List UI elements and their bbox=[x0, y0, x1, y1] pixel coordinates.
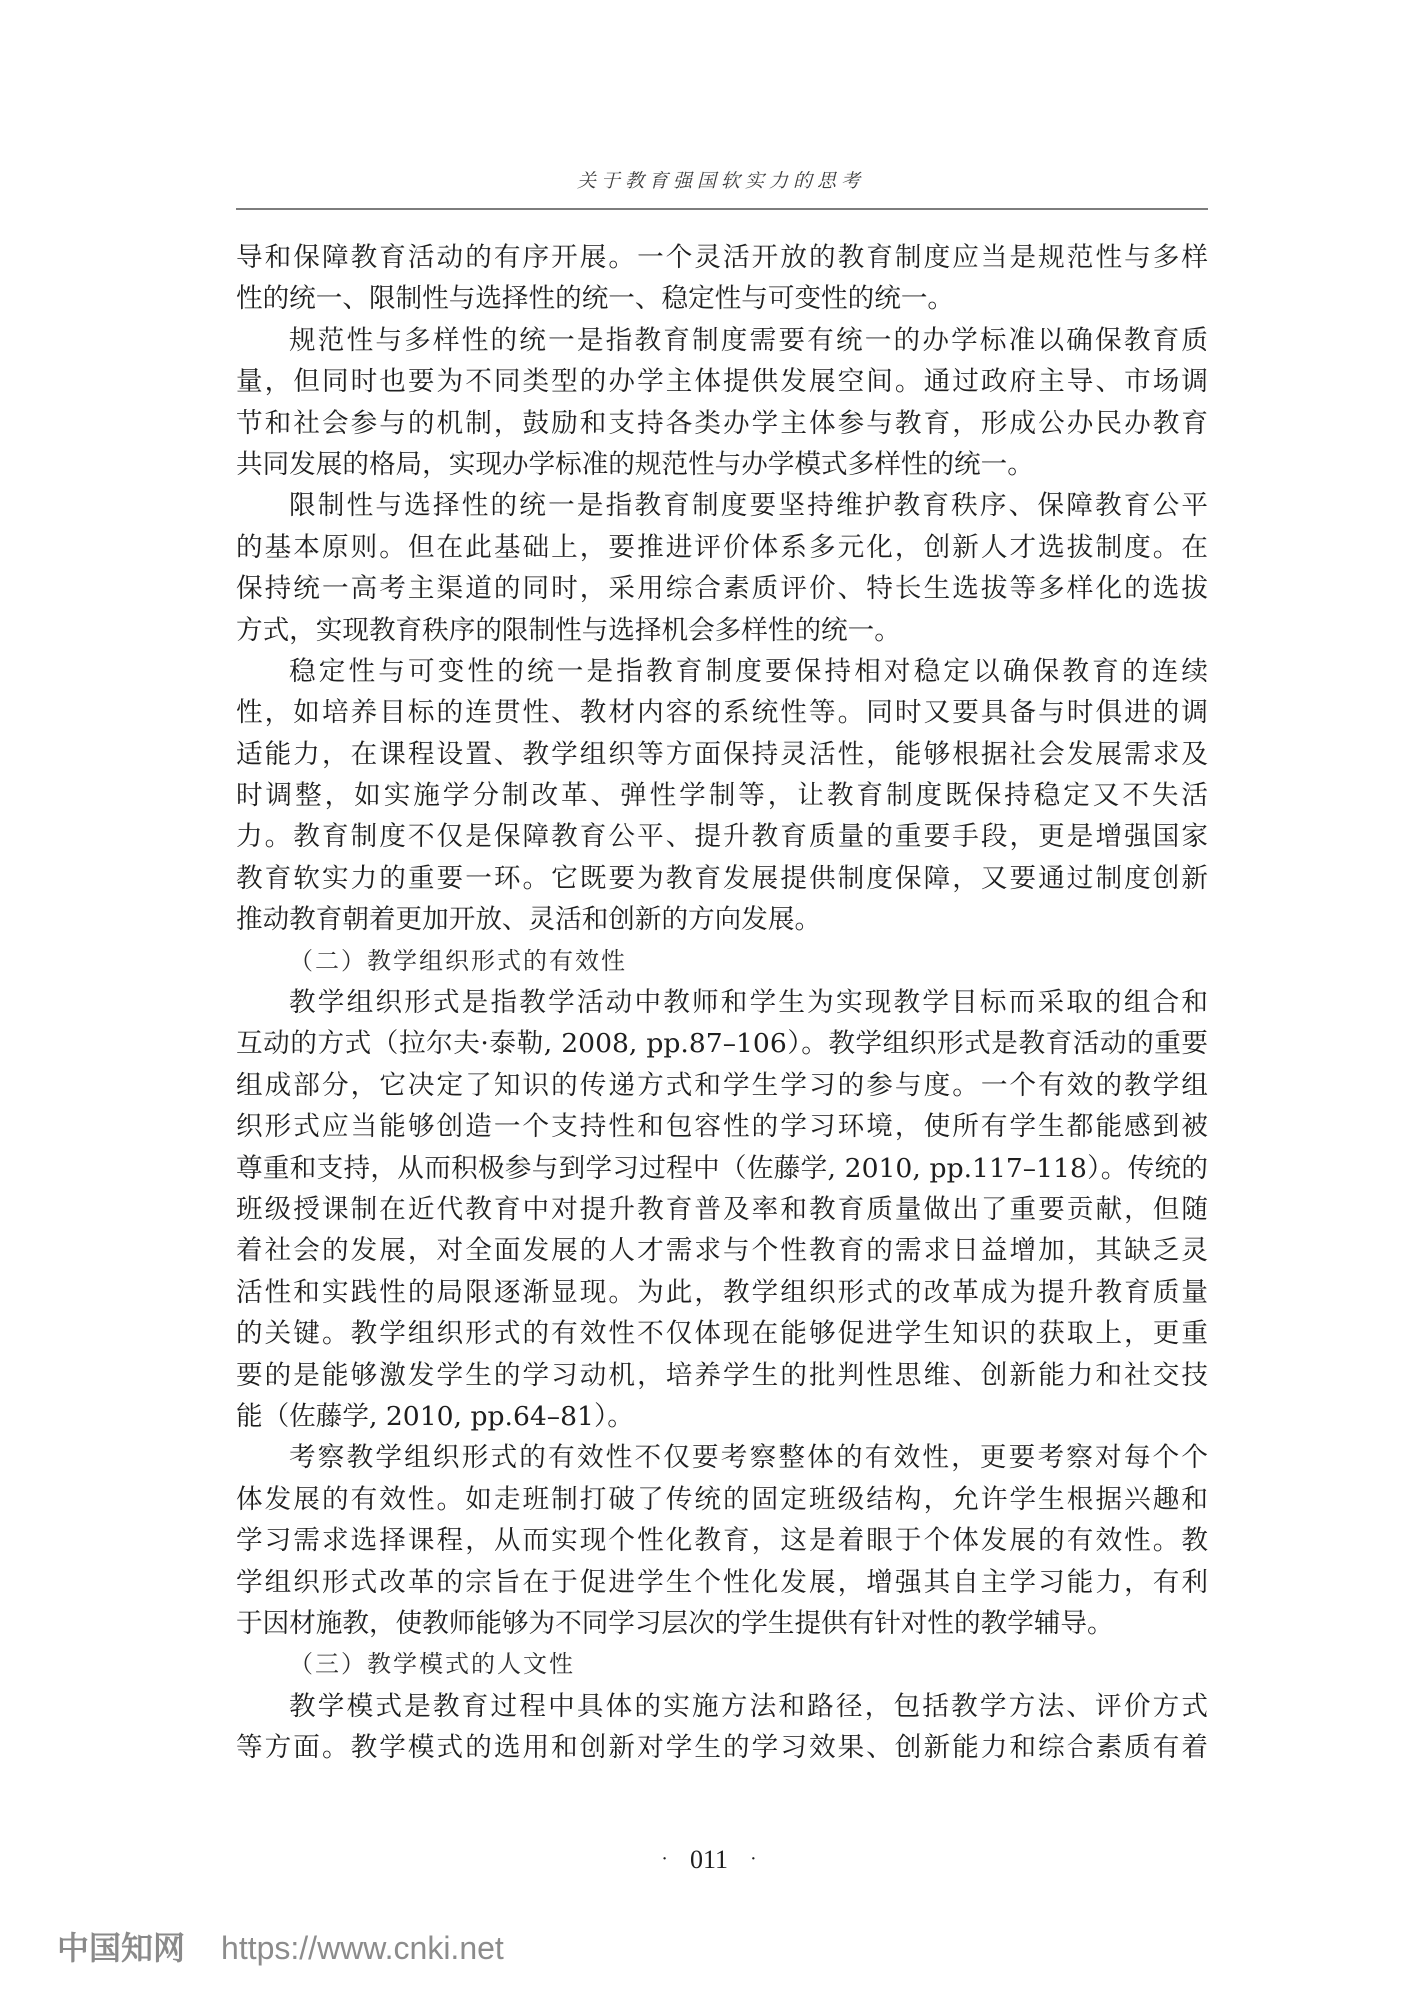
body-line: 组成部分，它决定了知识的传递方式和学生学习的参与度。一个有效的教学组 bbox=[236, 1065, 1208, 1106]
page-number: ·011· bbox=[0, 1845, 1418, 1875]
cnki-brand: 中国知网 bbox=[57, 1930, 185, 1966]
body-line: 体发展的有效性。如走班制打破了传统的固定班级结构，允许学生根据兴趣和 bbox=[236, 1479, 1208, 1520]
body-line: 共同发展的格局，实现办学标准的规范性与办学模式多样性的统一。 bbox=[236, 444, 1208, 485]
header-rule bbox=[236, 208, 1208, 210]
body-text: 导和保障教育活动的有序开展。一个灵活开放的教育制度应当是规范性与多样性的统一、限… bbox=[236, 237, 1208, 1768]
body-line: 方式，实现教育秩序的限制性与选择机会多样性的统一。 bbox=[236, 610, 1208, 651]
body-line: 互动的方式（拉尔夫·泰勒, 2008, pp.87–106）。教学组织形式是教育… bbox=[236, 1023, 1208, 1064]
running-head-title: 关于教育强国软实力的思考 bbox=[236, 166, 1206, 193]
body-line: 班级授课制在近代教育中对提升教育普及率和教育质量做出了重要贡献，但随 bbox=[236, 1189, 1208, 1230]
body-line: 时调整，如实施学分制改革、弹性学制等，让教育制度既保持稳定又不失活 bbox=[236, 775, 1208, 816]
body-line: 尊重和支持，从而积极参与到学习过程中（佐藤学, 2010, pp.117–118… bbox=[236, 1148, 1208, 1189]
section-heading: （三）教学模式的人文性 bbox=[236, 1644, 1208, 1685]
body-line: 适能力，在课程设置、教学组织等方面保持灵活性，能够根据社会发展需求及 bbox=[236, 734, 1208, 775]
body-line: 导和保障教育活动的有序开展。一个灵活开放的教育制度应当是规范性与多样 bbox=[236, 237, 1208, 278]
document-page: 关于教育强国软实力的思考 导和保障教育活动的有序开展。一个灵活开放的教育制度应当… bbox=[0, 0, 1418, 2008]
body-line: 规范性与多样性的统一是指教育制度需要有统一的办学标准以确保教育质 bbox=[236, 320, 1208, 361]
body-line: 的基本原则。但在此基础上，要推进评价体系多元化，创新人才选拔制度。在 bbox=[236, 527, 1208, 568]
body-line: 学习需求选择课程，从而实现个性化教育，这是着眼于个体发展的有效性。教 bbox=[236, 1520, 1208, 1561]
page-number-value: 011 bbox=[690, 1845, 728, 1874]
body-line: 性的统一、限制性与选择性的统一、稳定性与可变性的统一。 bbox=[236, 278, 1208, 319]
body-line: 能（佐藤学, 2010, pp.64–81）。 bbox=[236, 1396, 1208, 1437]
body-line: 等方面。教学模式的选用和创新对学生的学习效果、创新能力和综合素质有着 bbox=[236, 1727, 1208, 1768]
cnki-watermark: 中国知网https://www.cnki.net bbox=[57, 1923, 504, 1969]
body-line: 力。教育制度不仅是保障教育公平、提升教育质量的重要手段，更是增强国家 bbox=[236, 816, 1208, 857]
body-line: 稳定性与可变性的统一是指教育制度要保持相对稳定以确保教育的连续 bbox=[236, 651, 1208, 692]
body-line: 活性和实践性的局限逐渐显现。为此，教学组织形式的改革成为提升教育质量 bbox=[236, 1272, 1208, 1313]
section-heading: （二）教学组织形式的有效性 bbox=[236, 941, 1208, 982]
folio-dot-left: · bbox=[661, 1848, 668, 1871]
body-line: 节和社会参与的机制，鼓励和支持各类办学主体参与教育，形成公办民办教育 bbox=[236, 403, 1208, 444]
body-line: 性，如培养目标的连贯性、教材内容的系统性等。同时又要具备与时俱进的调 bbox=[236, 692, 1208, 733]
body-line: 考察教学组织形式的有效性不仅要考察整体的有效性，更要考察对每个个 bbox=[236, 1437, 1208, 1478]
body-line: 教育软实力的重要一环。它既要为教育发展提供制度保障，又要通过制度创新 bbox=[236, 858, 1208, 899]
body-line: 教学模式是教育过程中具体的实施方法和路径，包括教学方法、评价方式 bbox=[236, 1686, 1208, 1727]
body-line: 限制性与选择性的统一是指教育制度要坚持维护教育秩序、保障教育公平 bbox=[236, 485, 1208, 526]
body-line: 教学组织形式是指教学活动中教师和学生为实现教学目标而采取的组合和 bbox=[236, 982, 1208, 1023]
body-line: 量，但同时也要为不同类型的办学主体提供发展空间。通过政府主导、市场调 bbox=[236, 361, 1208, 402]
cnki-url: https://www.cnki.net bbox=[221, 1930, 504, 1966]
body-line: 学组织形式改革的宗旨在于促进学生个性化发展，增强其自主学习能力，有利 bbox=[236, 1562, 1208, 1603]
folio-dot-right: · bbox=[750, 1848, 757, 1871]
body-line: 的关键。教学组织形式的有效性不仅体现在能够促进学生知识的获取上，更重 bbox=[236, 1313, 1208, 1354]
body-line: 于因材施教，使教师能够为不同学习层次的学生提供有针对性的教学辅导。 bbox=[236, 1603, 1208, 1644]
body-line: 织形式应当能够创造一个支持性和包容性的学习环境，使所有学生都能感到被 bbox=[236, 1106, 1208, 1147]
body-line: 着社会的发展，对全面发展的人才需求与个性教育的需求日益增加，其缺乏灵 bbox=[236, 1230, 1208, 1271]
body-line: 推动教育朝着更加开放、灵活和创新的方向发展。 bbox=[236, 899, 1208, 940]
body-line: 保持统一高考主渠道的同时，采用综合素质评价、特长生选拔等多样化的选拔 bbox=[236, 568, 1208, 609]
body-line: 要的是能够激发学生的学习动机，培养学生的批判性思维、创新能力和社交技 bbox=[236, 1355, 1208, 1396]
